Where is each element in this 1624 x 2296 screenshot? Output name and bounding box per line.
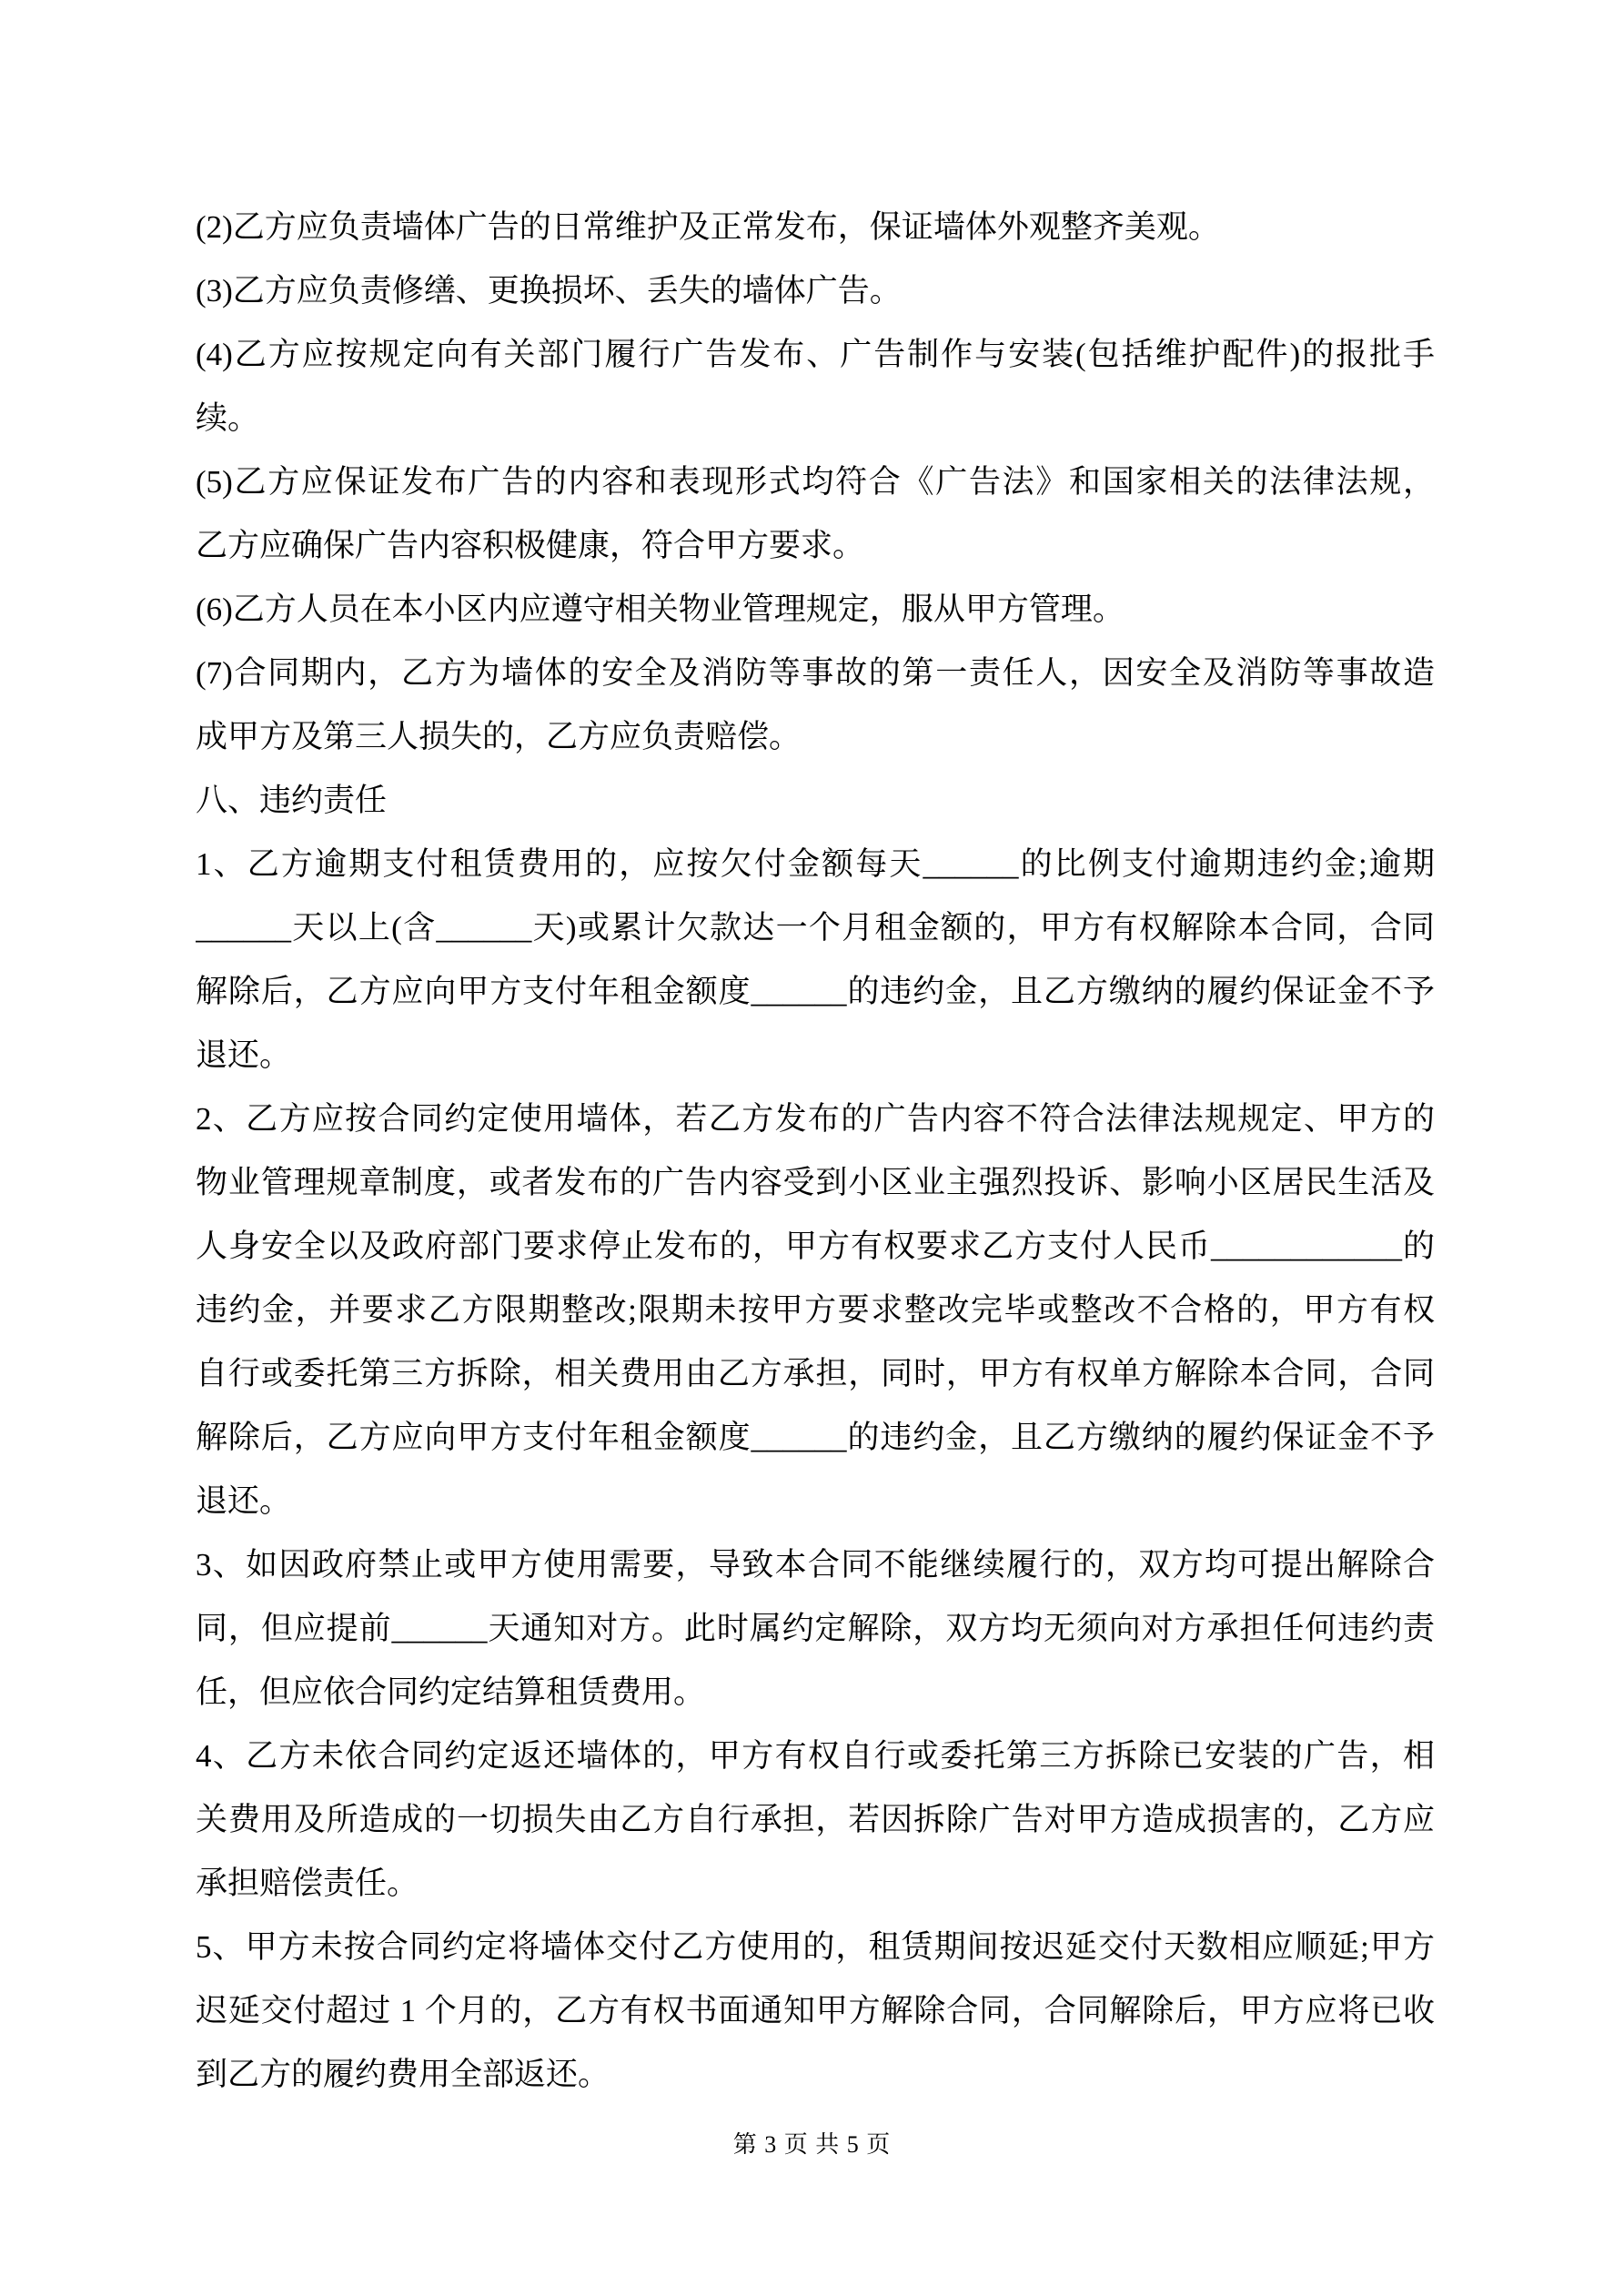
- contract-line: 乙方应确保广告内容积极健康，符合甲方要求。: [196, 514, 1435, 578]
- contract-line: 解除后，乙方应向甲方支付年租金额度______的违约金，且乙方缴纳的履约保证金不…: [196, 960, 1435, 1024]
- contract-line: 八、违约责任: [196, 769, 1435, 833]
- contract-line: 成甲方及第三人损失的，乙方应负责赔偿。: [196, 705, 1435, 769]
- contract-line: 人身安全以及政府部门要求停止发布的，甲方有权要求乙方支付人民币_________…: [196, 1215, 1435, 1279]
- contract-line: (4)乙方应按规定向有关部门履行广告发布、广告制作与安装(包括维护配件)的报批手: [196, 323, 1435, 387]
- contract-line: (6)乙方人员在本小区内应遵守相关物业管理规定，服从甲方管理。: [196, 578, 1435, 642]
- contract-line: 解除后，乙方应向甲方支付年租金额度______的违约金，且乙方缴纳的履约保证金不…: [196, 1406, 1435, 1470]
- contract-line: 关费用及所造成的一切损失由乙方自行承担，若因拆除广告对甲方造成损害的，乙方应: [196, 1788, 1435, 1852]
- contract-line: 自行或委托第三方拆除，相关费用由乙方承担，同时，甲方有权单方解除本合同，合同: [196, 1342, 1435, 1406]
- contract-line: 迟延交付超过 1 个月的，乙方有权书面通知甲方解除合同，合同解除后，甲方应将已收: [196, 1979, 1435, 2043]
- contract-body: (2)乙方应负责墙体广告的日常维护及正常发布，保证墙体外观整齐美观。(3)乙方应…: [196, 196, 1435, 2107]
- contract-line: (3)乙方应负责修缮、更换损坏、丢失的墙体广告。: [196, 259, 1435, 323]
- contract-line: 4、乙方未依合同约定返还墙体的，甲方有权自行或委托第三方拆除已安装的广告，相: [196, 1725, 1435, 1788]
- contract-line: (2)乙方应负责墙体广告的日常维护及正常发布，保证墙体外观整齐美观。: [196, 196, 1435, 259]
- contract-line: (5)乙方应保证发布广告的内容和表现形式均符合《广告法》和国家相关的法律法规，: [196, 450, 1435, 514]
- contract-line: 任，但应依合同约定结算租赁费用。: [196, 1661, 1435, 1725]
- contract-line: 到乙方的履约费用全部返还。: [196, 2043, 1435, 2107]
- page-footer: 第 3 页 共 5 页: [0, 2131, 1624, 2159]
- contract-line: 2、乙方应按合同约定使用墙体，若乙方发布的广告内容不符合法律法规规定、甲方的: [196, 1087, 1435, 1151]
- contract-line: (7)合同期内，乙方为墙体的安全及消防等事故的第一责任人，因安全及消防等事故造: [196, 642, 1435, 705]
- contract-line: ______天以上(含______天)或累计欠款达一个月租金额的，甲方有权解除本…: [196, 896, 1435, 960]
- contract-line: 退还。: [196, 1470, 1435, 1533]
- contract-line: 1、乙方逾期支付租赁费用的，应按欠付金额每天______的比例支付逾期违约金;逾…: [196, 833, 1435, 896]
- contract-line: 退还。: [196, 1024, 1435, 1087]
- contract-line: 承担赔偿责任。: [196, 1852, 1435, 1916]
- contract-line: 3、如因政府禁止或甲方使用需要，导致本合同不能继续履行的，双方均可提出解除合: [196, 1533, 1435, 1597]
- document-page: (2)乙方应负责墙体广告的日常维护及正常发布，保证墙体外观整齐美观。(3)乙方应…: [0, 0, 1624, 2296]
- contract-line: 续。: [196, 387, 1435, 450]
- contract-line: 同，但应提前______天通知对方。此时属约定解除，双方均无须向对方承担任何违约…: [196, 1597, 1435, 1661]
- contract-line: 违约金，并要求乙方限期整改;限期未按甲方要求整改完毕或整改不合格的，甲方有权: [196, 1279, 1435, 1342]
- contract-line: 物业管理规章制度，或者发布的广告内容受到小区业主强烈投诉、影响小区居民生活及: [196, 1151, 1435, 1215]
- contract-line: 5、甲方未按合同约定将墙体交付乙方使用的，租赁期间按迟延交付天数相应顺延;甲方: [196, 1916, 1435, 1979]
